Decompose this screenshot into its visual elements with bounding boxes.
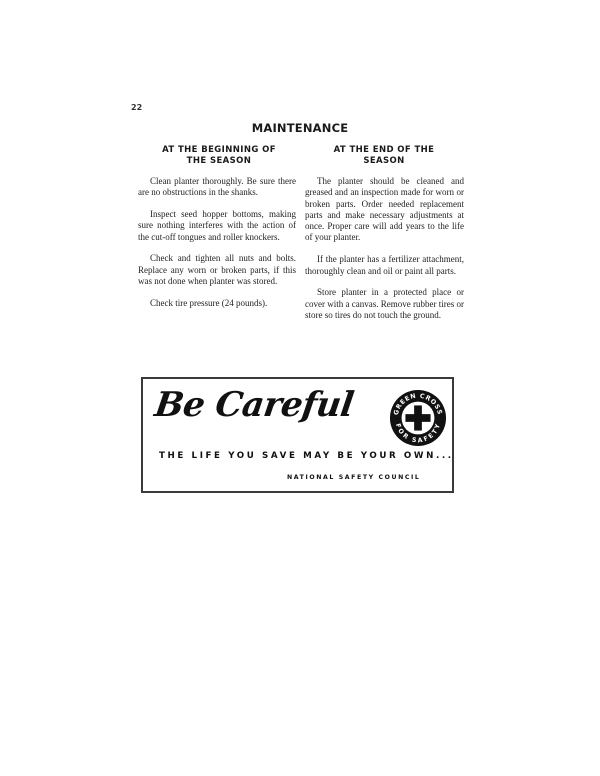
column-beginning-of-season: Clean planter thoroughly. Be sure there … <box>138 176 296 320</box>
page-title: MAINTENANCE <box>0 121 600 135</box>
slogan: THE LIFE YOU SAVE MAY BE YOUR OWN... <box>159 451 449 461</box>
paragraph: The planter should be cleaned and grease… <box>305 176 464 244</box>
page-number: 22 <box>131 103 142 112</box>
paragraph: Check and tighten all nuts and bolts. Re… <box>138 253 296 287</box>
paragraph: Clean planter thoroughly. Be sure there … <box>138 176 296 199</box>
safety-notice-box: Be Careful GREEN CROSS FOR SAFETY THE LI… <box>141 377 454 493</box>
heading-line: THE SEASON <box>140 156 298 167</box>
be-careful-headline: Be Careful <box>152 385 356 425</box>
column-heading-beginning: AT THE BEGINNING OF THE SEASON <box>140 145 298 167</box>
heading-line: SEASON <box>303 156 465 167</box>
heading-line: AT THE BEGINNING OF <box>140 145 298 156</box>
heading-line: AT THE END OF THE <box>303 145 465 156</box>
paragraph: Check tire pressure (24 pounds). <box>138 298 296 309</box>
paragraph: Store planter in a protected place or co… <box>305 287 464 321</box>
green-cross-icon: GREEN CROSS FOR SAFETY <box>389 389 447 447</box>
column-heading-end: AT THE END OF THE SEASON <box>303 145 465 167</box>
council-name: NATIONAL SAFETY COUNCIL <box>287 474 420 481</box>
paragraph: Inspect seed hopper bottoms, making sure… <box>138 209 296 243</box>
column-end-of-season: The planter should be cleaned and grease… <box>305 176 464 332</box>
paragraph: If the planter has a fertilizer attachme… <box>305 254 464 277</box>
